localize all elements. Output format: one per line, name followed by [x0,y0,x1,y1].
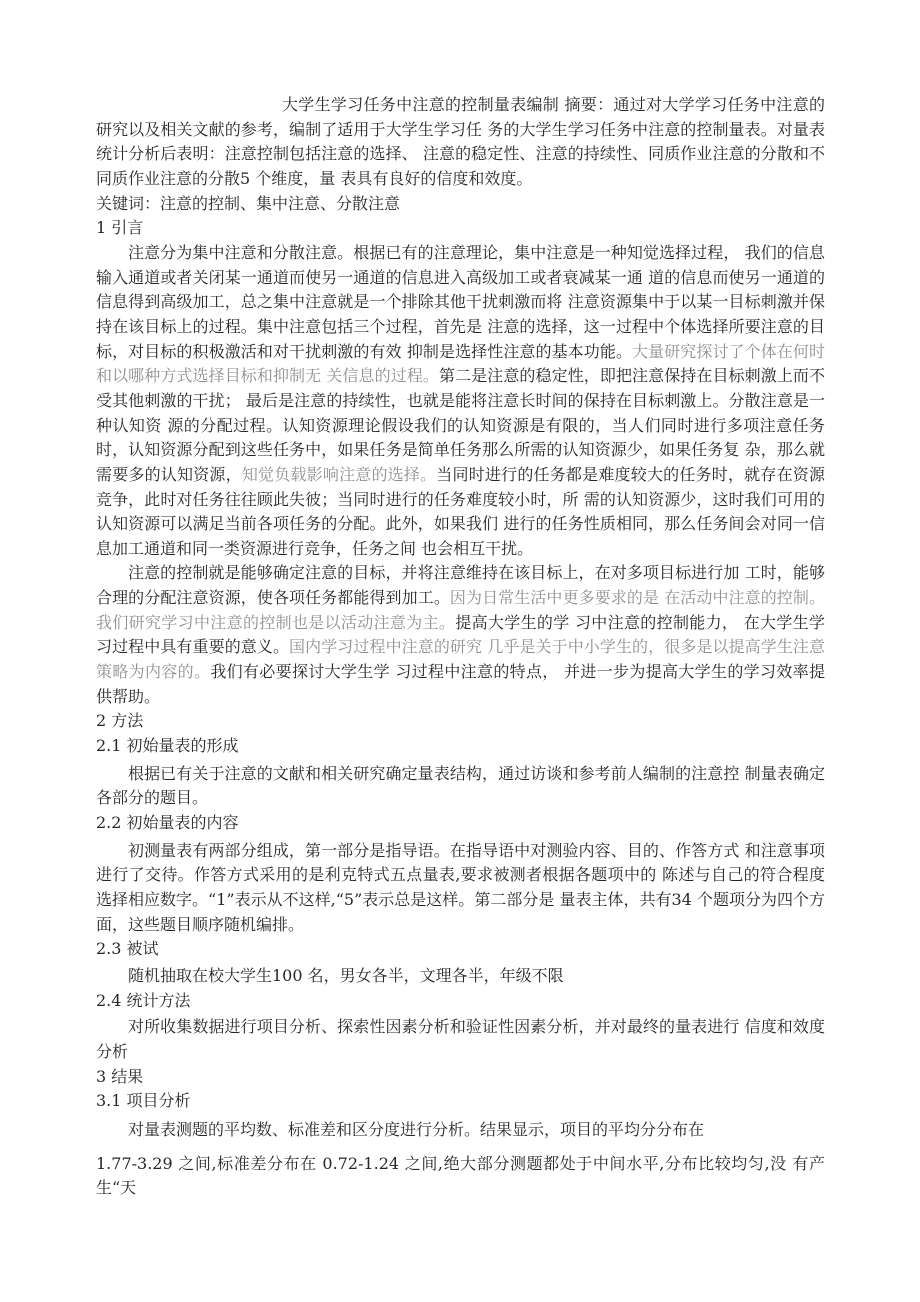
text-run: 对所收集数据进行项目分析、探索性因素分析和验证性因素分析，并对最终的量表进行 信… [96,1017,825,1061]
section-heading: 2.3 被试 [96,937,825,962]
text-run: 1 引言 [96,218,143,237]
paragraph: 大学生学习任务中注意的控制量表编制 摘要：通过对大学学习任务中注意的研究以及相关… [96,93,825,192]
text-run: 2.3 被试 [96,939,159,958]
text-run: 大学生学习任务中注意的控制量表编制 摘要：通过对大学学习任务中注意的研究以及相关… [96,95,825,188]
section-heading: 2.4 统计方法 [96,989,825,1014]
text-run: 随机抽取在校大学生100 名，男女各半，文理各半，年级不限 [128,966,564,985]
text-run: 2.4 统计方法 [96,991,191,1010]
text-run: 2 方法 [96,711,143,730]
text-run: 3.1 项目分析 [96,1091,191,1110]
paragraph: 初测量表有两部分组成，第一部分是指导语。在指导语中对测验内容、目的、作答方式 和… [96,839,825,938]
text-run: 2.2 初始量表的内容 [96,813,239,832]
section-heading: 2 方法 [96,709,825,734]
document-page: 大学生学习任务中注意的控制量表编制 摘要：通过对大学学习任务中注意的研究以及相关… [96,93,825,1201]
text-run: 知觉负载影响注意的选择。 [242,465,436,484]
section-heading: 3.1 项目分析 [96,1089,825,1114]
text-run: 2.1 初始量表的形成 [96,736,239,755]
text-run: 关键词：注意的控制、集中注意、分散注意 [96,194,400,213]
paragraph: 随机抽取在校大学生100 名，男女各半，文理各半，年级不限 [96,964,825,989]
paragraph: 关键词：注意的控制、集中注意、分散注意 [96,192,825,217]
text-run: 1.77-3.29 之间,标准差分布在 0.72-1.24 之间,绝大部分测题都… [96,1154,825,1198]
section-heading: 2.1 初始量表的形成 [96,734,825,759]
text-run: 对量表测题的平均数、标准差和区分度进行分析。结果显示，项目的平均分分布在 [128,1120,704,1139]
paragraph: 根据已有关于注意的文献和相关研究确定量表结构，通过访谈和参考前人编制的注意控 制… [96,762,825,811]
section-heading: 3 结果 [96,1065,825,1090]
section-heading: 1 引言 [96,216,825,241]
text-run: 初测量表有两部分组成，第一部分是指导语。在指导语中对测验内容、目的、作答方式 和… [96,841,825,934]
paragraph: 对所收集数据进行项目分析、探索性因素分析和验证性因素分析，并对最终的量表进行 信… [96,1015,825,1064]
paragraph: 对量表测题的平均数、标准差和区分度进行分析。结果显示，项目的平均分分布在 [96,1118,825,1143]
section-heading: 2.2 初始量表的内容 [96,811,825,836]
paragraph: 注意分为集中注意和分散注意。根据已有的注意理论，集中注意是一种知觉选择过程， 我… [96,241,825,562]
text-run: 根据已有关于注意的文献和相关研究确定量表结构，通过访谈和参考前人编制的注意控 制… [96,764,825,808]
text-run: 3 结果 [96,1067,143,1086]
paragraph: 注意的控制就是能够确定注意的目标，并将注意维持在该目标上，在对多项目标进行加 工… [96,561,825,709]
paragraph: 1.77-3.29 之间,标准差分布在 0.72-1.24 之间,绝大部分测题都… [96,1152,825,1201]
